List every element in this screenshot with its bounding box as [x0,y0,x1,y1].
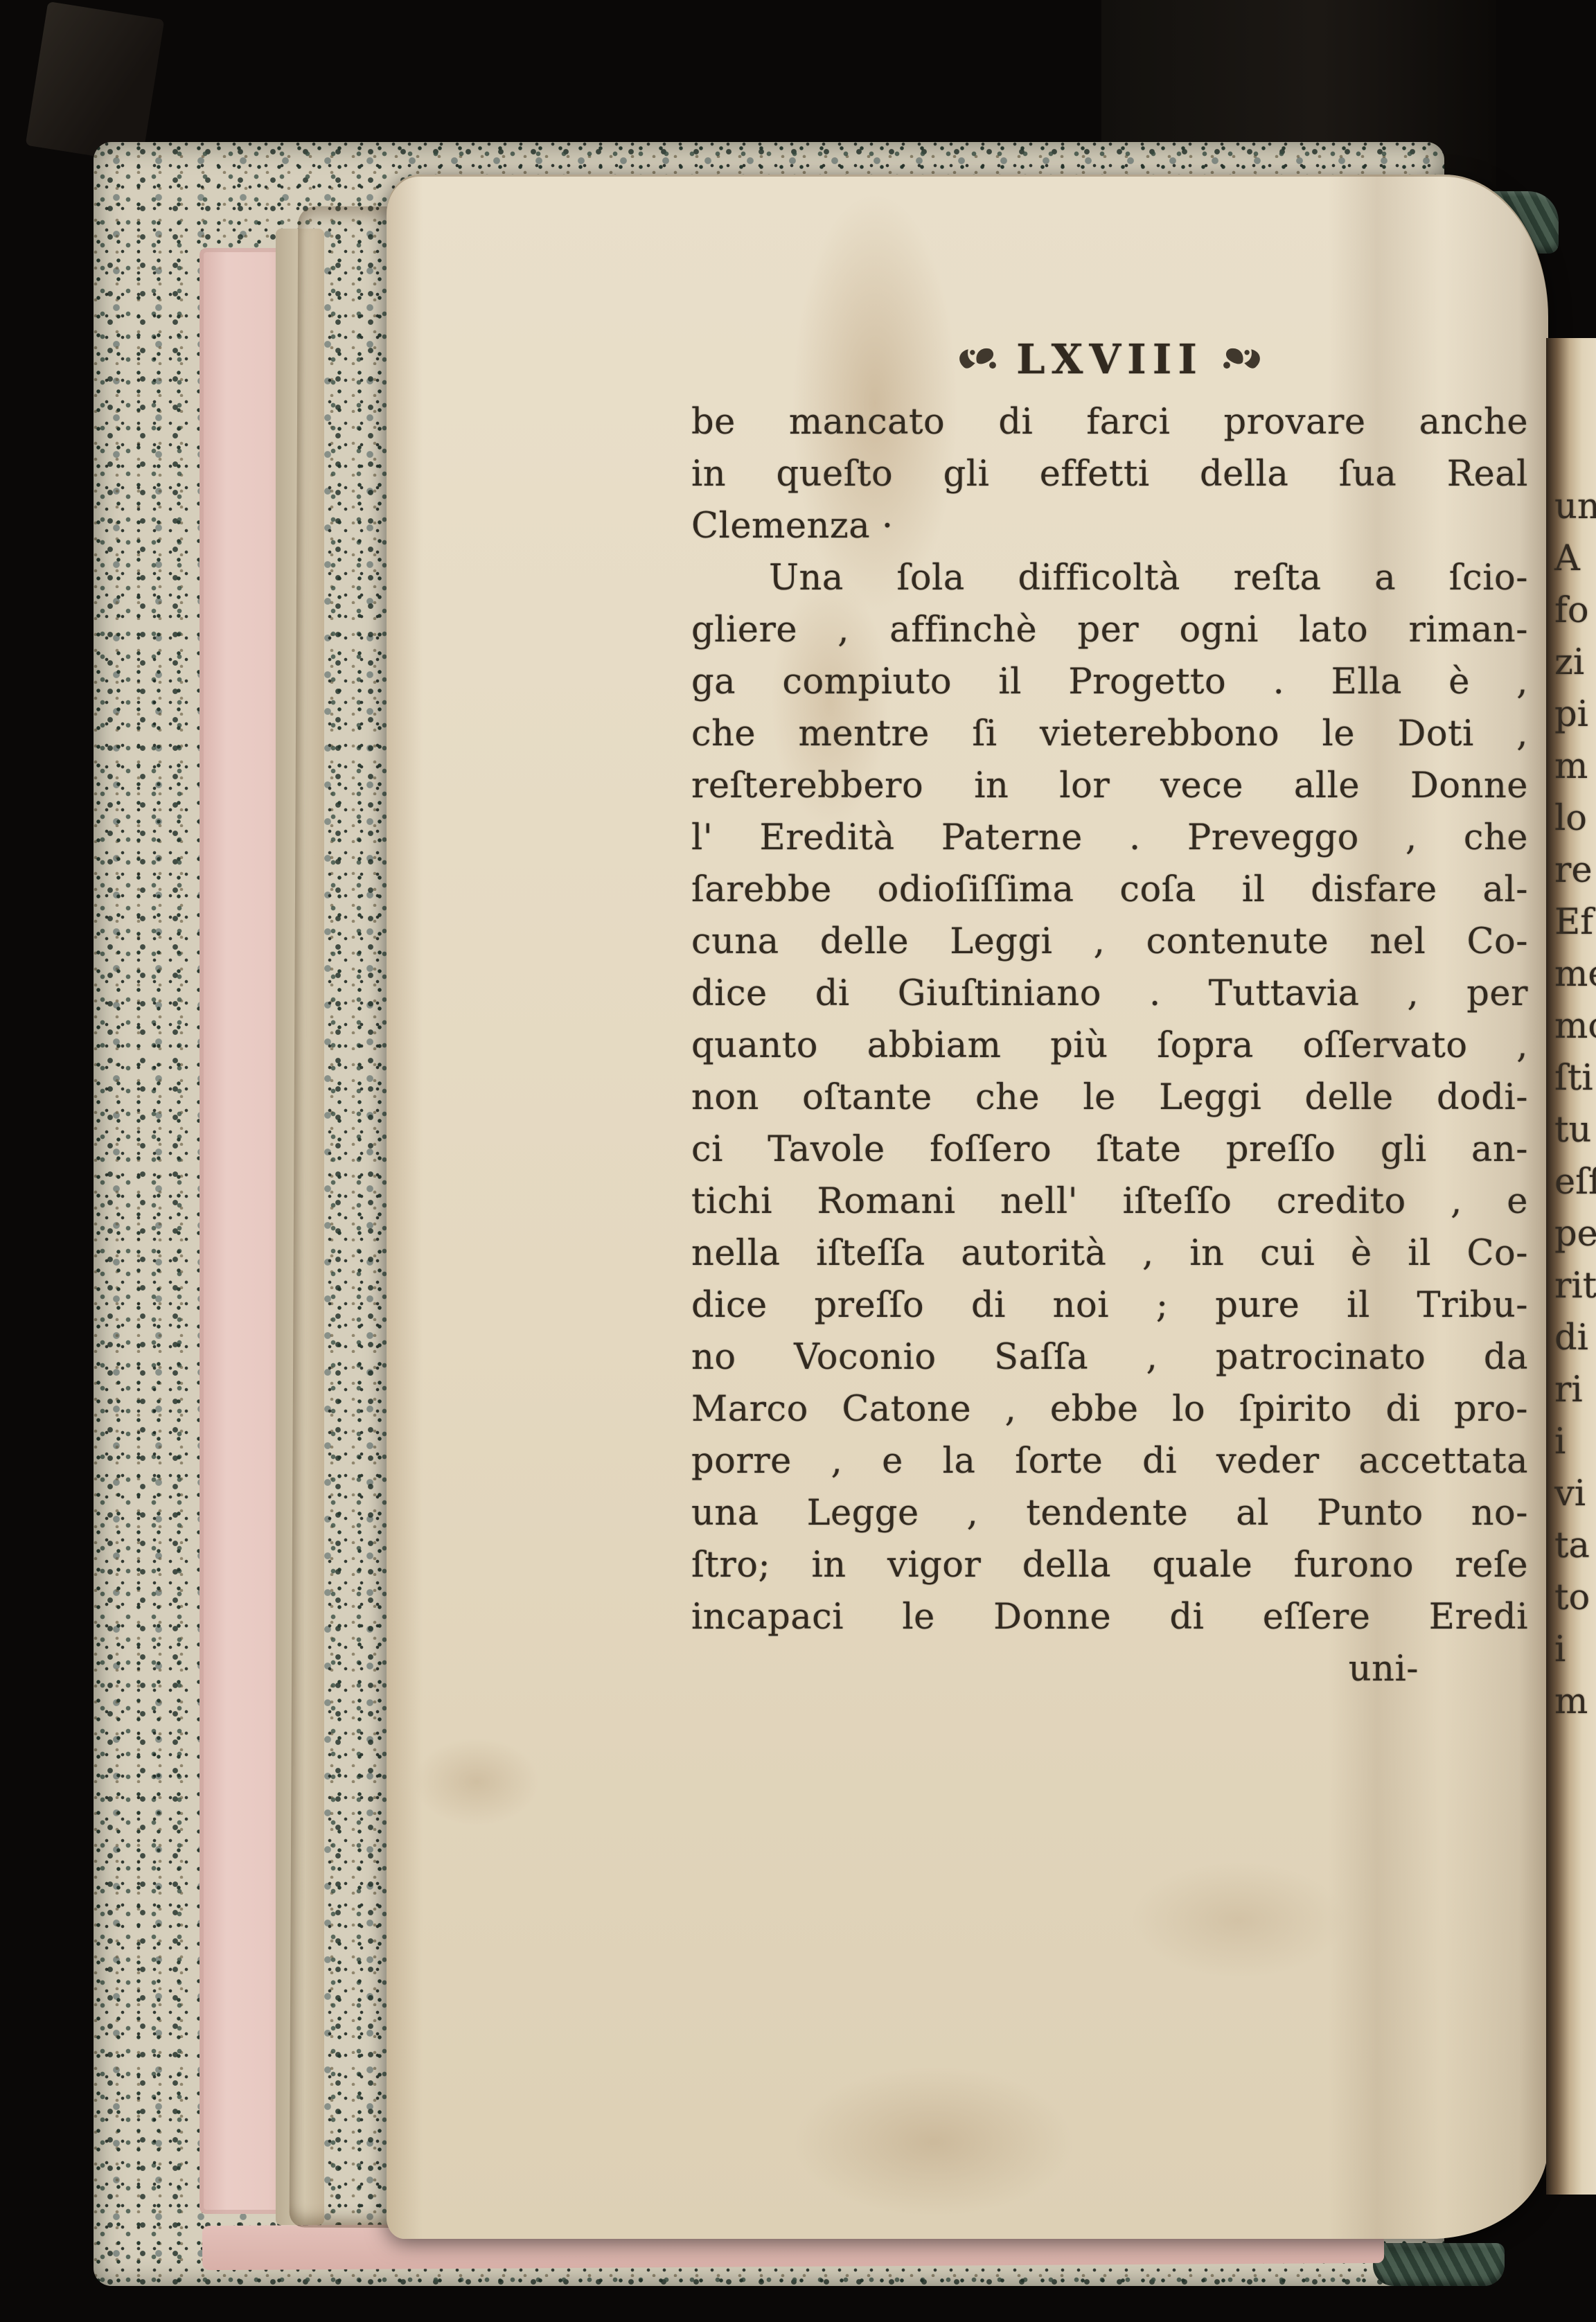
text-line: l' Eredità Paterne . Preveggo , che [691,812,1528,864]
fragment: to [1554,1572,1596,1624]
printer-ornament-right-icon [1221,343,1264,375]
text-line: porre , e la ſorte di veder accettata [691,1435,1528,1487]
text-line: ci Tavole foſſero ſtate preſſo gli an- [691,1124,1528,1176]
text-line: una Legge , tendente al Punto no- [691,1487,1528,1539]
fragment: un [1554,481,1596,533]
fragment: m [1554,741,1596,792]
fragment: lo [1554,792,1596,844]
fragment: ſti [1554,1052,1596,1104]
fragment: Ef [1554,896,1596,948]
text-line: no Voconio Saſſa , patrocinato da [691,1331,1528,1383]
text-block: LXVIII be mancato di farci provare anche… [691,330,1528,1695]
endband-bottom [1373,2243,1505,2286]
fragment: i [1554,1624,1596,1676]
fragment: zi [1554,637,1596,689]
facing-page-sliver: un A fo zi pi m lo re Ef me mo ſti tu eſ… [1546,338,1596,2195]
text-line: dice preſſo di noi ; pure il Tribu- [691,1279,1528,1331]
text-line: nella iſteſſa autorità , in cui è il Co- [691,1228,1528,1279]
text-line: non oſtante che le Leggi delle dodi- [691,1072,1528,1124]
fragment: ta [1554,1520,1596,1572]
text-line: ga compiuto il Progetto . Ella è , [691,656,1528,708]
fragment: re [1554,844,1596,896]
photographed-book-page: LXVIII be mancato di farci provare anche… [0,0,1596,2322]
printer-ornament-left-icon [955,343,998,375]
text-line: ſtro; in vigor della quale furono reſe [691,1539,1528,1591]
fragment: me [1554,948,1596,1000]
text-line: tichi Romani nell' iſteſſo credito , e [691,1176,1528,1228]
fragment: fo [1554,585,1596,637]
text-line: dice di Giuſtiniano . Tuttavia , per [691,968,1528,1020]
fragment: di [1554,1312,1596,1364]
fragment: A [1554,533,1596,585]
fragment: vi [1554,1468,1596,1520]
catchword: uni- [691,1643,1528,1695]
text-line: reſterebbero in lor vece alle Donne [691,760,1528,812]
book-page: LXVIII be mancato di farci provare anche… [387,175,1548,2239]
text-line: be mancato di farci provare anche [691,396,1528,448]
fragment: tu [1554,1104,1596,1156]
facing-page-line-fragments: un A fo zi pi m lo re Ef me mo ſti tu eſ… [1554,481,1596,1728]
fragment: i [1554,1416,1596,1468]
text-line: cuna delle Leggi , contenute nel Co- [691,916,1528,968]
fragment: pi [1554,689,1596,741]
text-line: che mentre ſi vieterebbono le Doti , [691,708,1528,760]
page-header: LXVIII [691,330,1528,388]
text-line-paragraph-start: Una ſola difficoltà reſta a ſcio- [691,552,1528,604]
fragment: pe [1554,1208,1596,1260]
fragment: mo [1554,1000,1596,1052]
page-number-roman: LXVIII [1016,333,1203,385]
text-line: Clemenza · [691,500,1528,552]
fragment: ri [1554,1364,1596,1416]
fragment: rit [1554,1260,1596,1312]
text-line: incapaci le Donne di eſſere Eredi [691,1591,1528,1643]
text-line: quanto abbiam più ſopra oſſervato , [691,1020,1528,1072]
fragment: m [1554,1676,1596,1728]
text-line: gliere , affinchè per ogni lato riman- [691,604,1528,656]
book-board-corner [26,1,165,163]
text-line: in queſto gli effetti della ſua Real [691,448,1528,500]
fragment: eſſ [1554,1156,1596,1208]
text-line: Marco Catone , ebbe lo ſpirito di pro- [691,1383,1528,1435]
text-line: ſarebbe odioſiſſima coſa il disfare al- [691,864,1528,916]
